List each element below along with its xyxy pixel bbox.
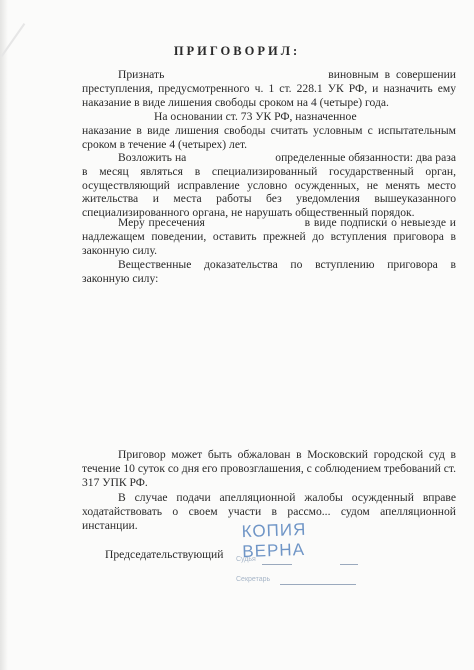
- stamp-secretary-line: [280, 584, 356, 585]
- certified-copy-stamp: КОПИЯ ВЕРНА Судья Секретарь: [232, 520, 362, 600]
- stamp-judge-line-right: [340, 564, 358, 565]
- paragraph-text: Возложить на: [118, 151, 186, 164]
- stamp-judge-label: Судья: [236, 556, 256, 563]
- verdict-heading: ПРИГОВОРИЛ:: [0, 44, 474, 59]
- stamp-secretary-label: Секретарь: [236, 576, 270, 583]
- paragraph-probation: На основании ст. 73 УК РФ, назначенноена…: [82, 110, 456, 151]
- stamp-judge-line: [262, 564, 292, 565]
- paragraph-obligations: Возложить на определенные обязанности: д…: [82, 151, 456, 220]
- paragraph-guilty: Признать виновным в совершении преступле…: [82, 68, 456, 109]
- paragraph-preventive-measure: Меру пресечения в виде подписки о невыез…: [82, 216, 456, 257]
- paragraph-appeal: Приговор может быть обжалован в Московск…: [82, 448, 456, 489]
- paragraph-text: наказание в виде лишения свободы считать…: [82, 124, 456, 151]
- stamp-title: КОПИЯ ВЕРНА: [241, 518, 362, 562]
- scan-edge-shadow: [0, 0, 8, 670]
- paragraph-evidence: Вещественные доказательства по вступлени…: [82, 258, 456, 286]
- paragraph-text: На основании ст. 73 УК РФ, назначенное: [82, 110, 357, 124]
- paragraph-text: Признать: [118, 68, 164, 81]
- signature-label: Председательствующий: [105, 548, 223, 561]
- document-page: ПРИГОВОРИЛ: Признать виновным в совершен…: [0, 0, 474, 670]
- paragraph-text: Меру пресечения: [118, 216, 205, 229]
